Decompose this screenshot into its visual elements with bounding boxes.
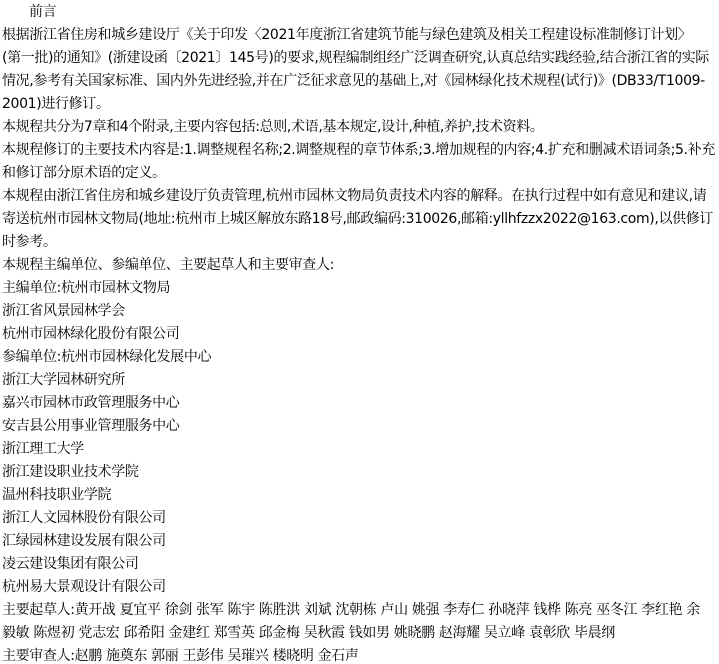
participating-unit: 浙江人文园林股份有限公司 (2, 507, 719, 530)
document-body: 前言 根据浙江省住房和城乡建设厅《关于印发〈2021年度浙江省建筑节能与绿色建筑… (0, 0, 719, 664)
participating-unit: 汇绿园林建设发展有限公司 (2, 530, 719, 553)
document-title: 前言 (2, 1, 719, 24)
main-drafters: 主要起草人:黄开战 夏宜平 徐剑 张军 陈宇 陈胜洪 刘斌 沈朝栋 卢山 姚强 … (2, 599, 719, 622)
paragraph-line: (第一批)的通知》(浙建设函〔2021〕145号)的要求,规程编制组经广泛调查研… (2, 47, 719, 70)
chief-editor-unit: 浙江省风景园林学会 (2, 300, 719, 323)
paragraph-line: 情况,参考有关国家标准、国内外先进经验,并在广泛征求意见的基础上,对《园林绿化技… (2, 70, 719, 93)
main-reviewers: 主要审查人:赵鹏 施奠东 郭丽 王彭伟 吴璀兴 楼晓明 金石声 (2, 645, 719, 664)
paragraph-line: 根据浙江省住房和城乡建设厅《关于印发〈2021年度浙江省建筑节能与绿色建筑及相关… (2, 24, 719, 47)
paragraph-line: 本规程共分为7章和4个附录,主要内容包括:总则,术语,基本规定,设计,种植,养护… (2, 116, 719, 139)
chief-editor-unit: 主编单位:杭州市园林文物局 (2, 277, 719, 300)
paragraph-line: 寄送杭州市园林文物局(地址:杭州市上城区解放东路18号,邮政编码:310026,… (2, 208, 719, 231)
participating-unit: 浙江理工大学 (2, 438, 719, 461)
participating-unit: 温州科技职业学院 (2, 484, 719, 507)
participating-unit: 安吉县公用事业管理服务中心 (2, 415, 719, 438)
paragraph-line: 本规程修订的主要技术内容是:1.调整规程名称;2.调整规程的章节体系;3.增加规… (2, 139, 719, 162)
participating-unit: 杭州易大景观设计有限公司 (2, 576, 719, 599)
section-heading: 本规程主编单位、参编单位、主要起草人和主要审查人: (2, 254, 719, 277)
main-drafters: 毅敏 陈煜初 党志宏 邱希阳 金建红 郑雪英 邱金梅 吴秋霞 钱如男 姚晓鹏 赵… (2, 622, 719, 645)
participating-unit: 凌云建设集团有限公司 (2, 553, 719, 576)
participating-unit: 嘉兴市园林市政管理服务中心 (2, 392, 719, 415)
paragraph-line: 和修订部分原术语的定义。 (2, 162, 719, 185)
participating-unit: 浙江大学园林研究所 (2, 369, 719, 392)
paragraph-line: 2001)进行修订。 (2, 93, 719, 116)
paragraph-line: 本规程由浙江省住房和城乡建设厅负责管理,杭州市园林文物局负责技术内容的解释。在执… (2, 185, 719, 208)
participating-unit: 参编单位:杭州市园林绿化发展中心 (2, 346, 719, 369)
chief-editor-unit: 杭州市园林绿化股份有限公司 (2, 323, 719, 346)
paragraph-line: 时参考。 (2, 231, 719, 254)
participating-unit: 浙江建设职业技术学院 (2, 461, 719, 484)
